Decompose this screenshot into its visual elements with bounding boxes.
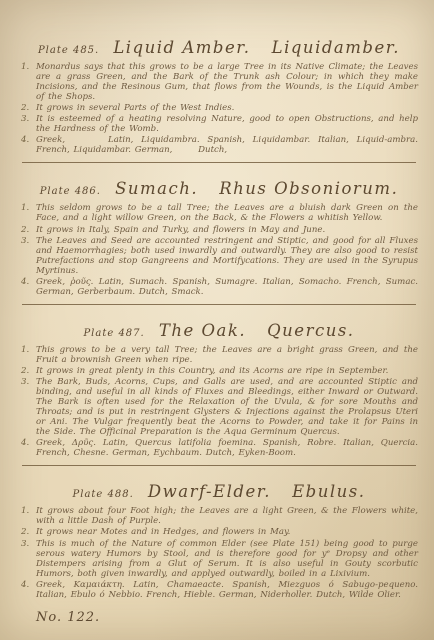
section-dwarf-elder: Plate 488. Dwarf-Elder. Ebulus. 1. It gr… [20,482,418,599]
description-item: 3. The Leaves and Seed are accounted res… [20,236,418,276]
item-number: 2. [20,366,36,376]
item-text: It grows in several Parts of the West In… [36,103,418,113]
description-item: 1. Monardus says that this grows to be a… [20,62,418,102]
section-liquid-amber: Plate 485. Liquid Amber. Liquidamber. 1.… [20,38,418,155]
plant-name-latin: Ebulus. [292,482,365,501]
item-text: The Bark, Buds, Acorns, Cups, and Galls … [36,377,418,437]
item-text: This seldom grows to be a tall Tree; the… [36,203,418,223]
section-heading: Plate 488. Dwarf-Elder. Ebulus. [20,482,418,501]
plant-name-latin: Rhus Obsoniorum. [219,179,398,198]
description-item: 3. This is much of the Nature of common … [20,539,418,579]
plate-number: Plate 488. [73,489,134,500]
item-number: 4. [20,438,36,458]
description-item: 1. It grows about four Foot high; the Le… [20,506,418,526]
plant-name-english: The Oak. [159,321,246,340]
plant-name-english: Sumach. [115,179,198,198]
description-item: 2. It grows near Motes and in Hedges, an… [20,527,418,537]
item-number: 3. [20,114,36,134]
description-item: 4. Greek, Latin, Liquidambra. Spanish, L… [20,135,418,155]
section-oak: Plate 487. The Oak. Quercus. 1. This gro… [20,321,418,459]
item-number: 3. [20,377,36,437]
item-text: Monardus says that this grows to be a la… [36,62,418,102]
plate-number: Plate 486. [40,186,101,197]
description-item: 4. Greek, Δρῦς. Latin, Quercus latifolia… [20,438,418,458]
section-sumach: Plate 486. Sumach. Rhus Obsoniorum. 1. T… [20,179,418,296]
item-number: 4. [20,580,36,600]
plant-name-latin: Liquidamber. [272,38,400,57]
item-number: 1. [20,62,36,102]
description-item: 2. It grows in great plenty in this Coun… [20,366,418,376]
item-text: It grows near Motes and in Hedges, and f… [36,527,418,537]
item-number: 4. [20,135,36,155]
item-number: 1. [20,345,36,365]
item-number: 2. [20,527,36,537]
section-heading: Plate 487. The Oak. Quercus. [20,321,418,340]
item-text: Greek, ῤοῦς. Latin, Sumach. Spanish, Sum… [36,277,418,297]
herbal-text-page: Plate 485. Liquid Amber. Liquidamber. 1.… [0,0,434,640]
item-text: It grows in Italy, Spain and Turky, and … [36,225,418,235]
item-number: 3. [20,236,36,276]
description-item: 1. This seldom grows to be a tall Tree; … [20,203,418,223]
section-divider [22,465,416,466]
description-item: 2. It grows in several Parts of the West… [20,103,418,113]
section-divider [22,304,416,305]
description-item: 3. It is esteemed of a heating resolving… [20,114,418,134]
item-number: 2. [20,225,36,235]
item-text: It grows about four Foot high; the Leave… [36,506,418,526]
description-item: 1. This grows to be a very tall Tree; th… [20,345,418,365]
item-number: 2. [20,103,36,113]
item-text: This is much of the Nature of common Eld… [36,539,418,579]
plate-number: Plate 487. [83,328,144,339]
item-number: 3. [20,539,36,579]
item-text: This grows to be a very tall Tree; the L… [36,345,418,365]
item-text: Greek, Δρῦς. Latin, Quercus latifolia fo… [36,438,418,458]
plate-number: Plate 485. [38,45,99,56]
item-number: 4. [20,277,36,297]
description-item: 4. Greek, ῤοῦς. Latin, Sumach. Spanish, … [20,277,418,297]
section-heading: Plate 486. Sumach. Rhus Obsoniorum. [20,179,418,198]
description-item: 2. It grows in Italy, Spain and Turky, a… [20,225,418,235]
item-text: Greek, Καμαιάκτη. Latin, Chamaeacte. Spa… [36,580,418,600]
section-heading: Plate 485. Liquid Amber. Liquidamber. [20,38,418,57]
item-text: It is esteemed of a heating resolving Na… [36,114,418,134]
issue-number: No. 122. [36,610,418,625]
plant-name-english: Liquid Amber. [113,38,250,57]
item-number: 1. [20,506,36,526]
item-text: The Leaves and Seed are accounted restri… [36,236,418,276]
plant-name-english: Dwarf-Elder. [148,482,271,501]
item-text: It grows in great plenty in this Country… [36,366,418,376]
description-item: 3. The Bark, Buds, Acorns, Cups, and Gal… [20,377,418,437]
description-item: 4. Greek, Καμαιάκτη. Latin, Chamaeacte. … [20,580,418,600]
item-text: Greek, Latin, Liquidambra. Spanish, Liqu… [36,135,418,155]
plant-name-latin: Quercus. [267,321,354,340]
section-divider [22,162,416,163]
item-number: 1. [20,203,36,223]
